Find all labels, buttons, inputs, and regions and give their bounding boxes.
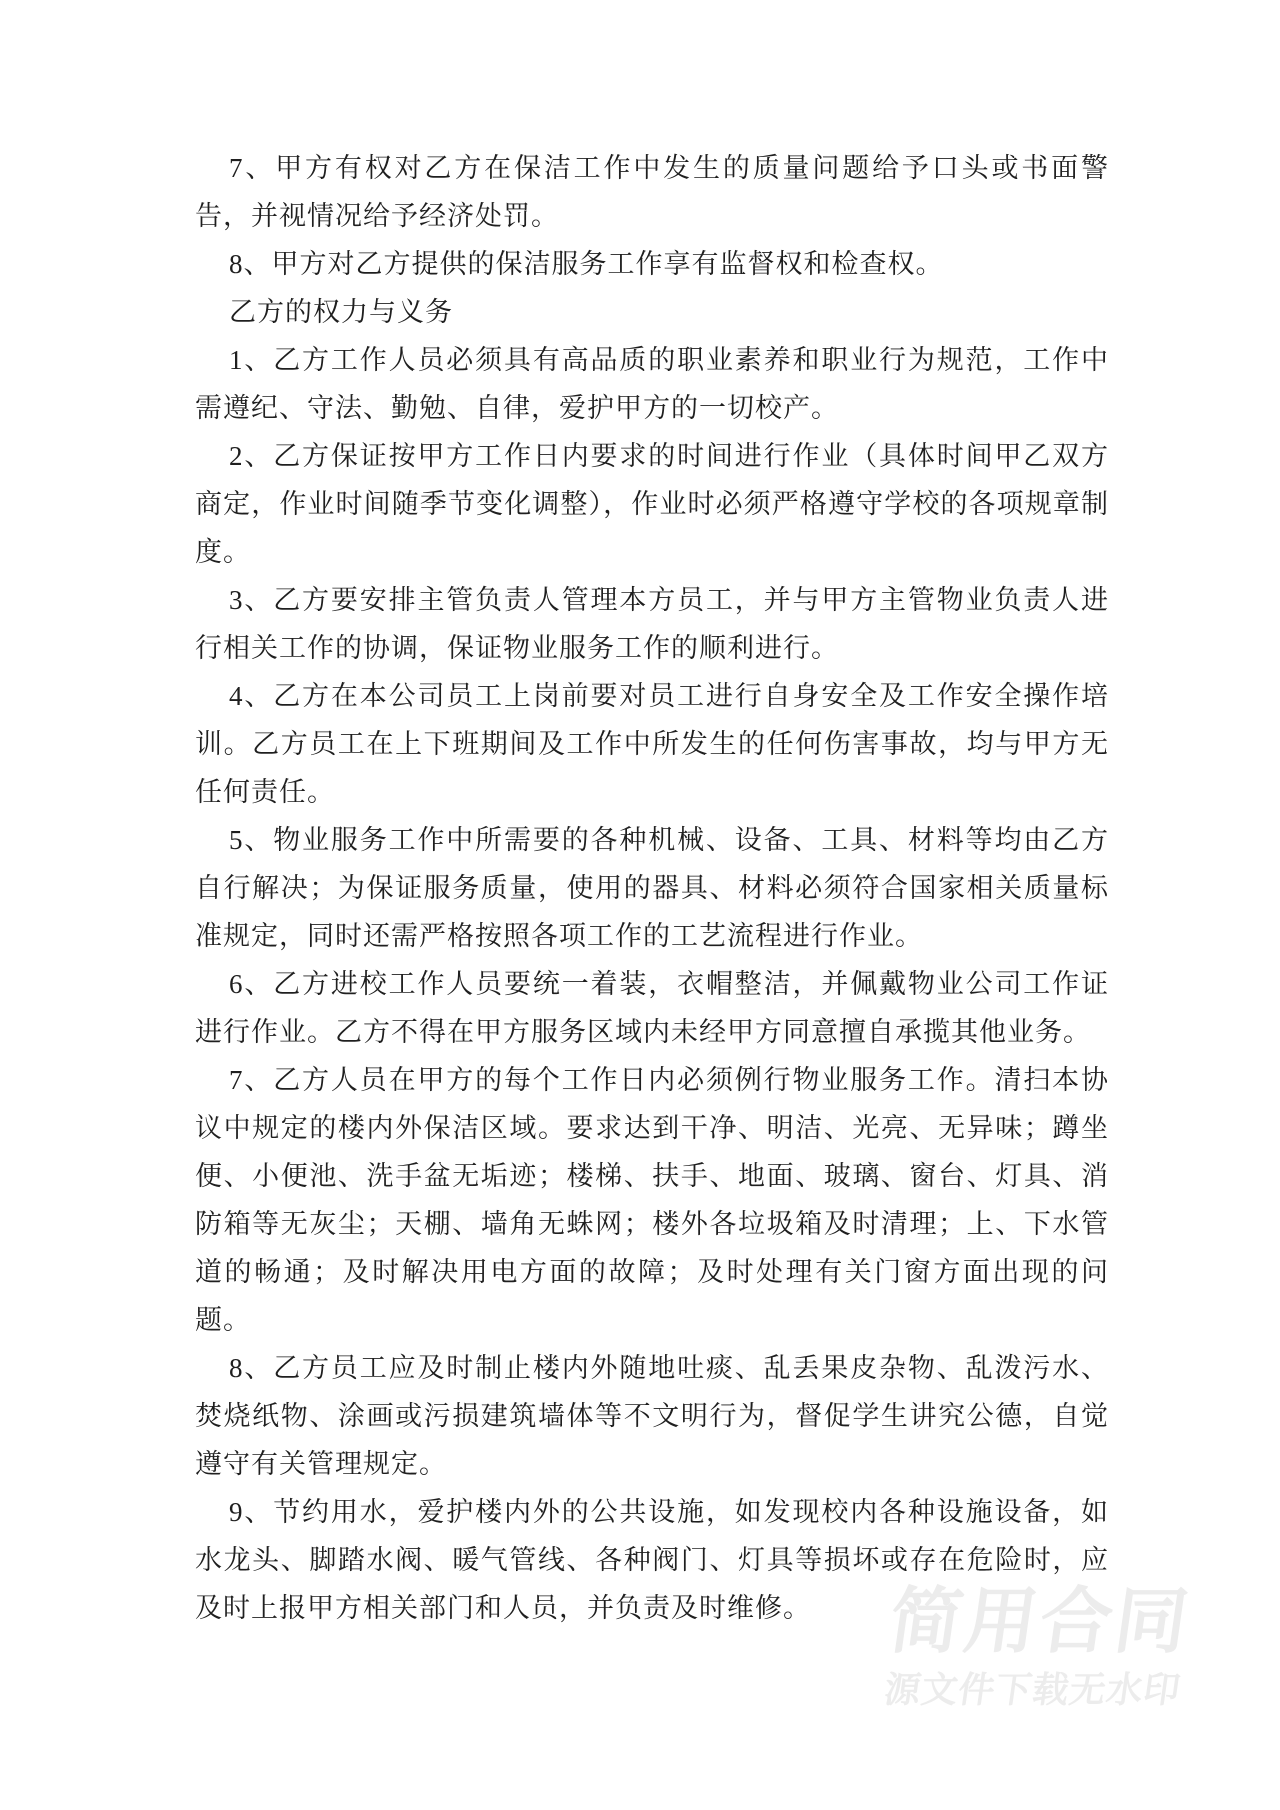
- paragraph: 4、乙方在本公司员工上岗前要对员工进行自身安全及工作安全操作培训。乙方员工在上下…: [195, 672, 1109, 816]
- paragraph: 7、甲方有权对乙方在保洁工作中发生的质量问题给予口头或书面警告，并视情况给予经济…: [195, 144, 1109, 240]
- document-page: 7、甲方有权对乙方在保洁工作中发生的质量问题给予口头或书面警告，并视情况给予经济…: [0, 0, 1280, 1810]
- paragraph: 1、乙方工作人员必须具有高品质的职业素养和职业行为规范，工作中需遵纪、守法、勤勉…: [195, 336, 1109, 432]
- watermark-title: 简用合同: [885, 1586, 1195, 1658]
- paragraph: 3、乙方要安排主管负责人管理本方员工，并与甲方主管物业负责人进行相关工作的协调，…: [195, 576, 1109, 672]
- paragraph: 6、乙方进校工作人员要统一着装，衣帽整洁，并佩戴物业公司工作证进行作业。乙方不得…: [195, 960, 1109, 1056]
- watermark: 简用合同 源文件下载无水印: [878, 1586, 1195, 1708]
- section-heading: 乙方的权力与义务: [195, 288, 1109, 336]
- paragraph: 8、甲方对乙方提供的保洁服务工作享有监督权和检查权。: [195, 240, 1109, 288]
- watermark-subtitle: 源文件下载无水印: [878, 1672, 1183, 1708]
- paragraph: 7、乙方人员在甲方的每个工作日内必须例行物业服务工作。清扫本协议中规定的楼内外保…: [195, 1056, 1109, 1344]
- paragraph: 5、物业服务工作中所需要的各种机械、设备、工具、材料等均由乙方自行解决；为保证服…: [195, 816, 1109, 960]
- paragraph: 8、乙方员工应及时制止楼内外随地吐痰、乱丢果皮杂物、乱泼污水、焚烧纸物、涂画或污…: [195, 1344, 1109, 1488]
- paragraph: 2、乙方保证按甲方工作日内要求的时间进行作业（具体时间甲乙双方商定，作业时间随季…: [195, 432, 1109, 576]
- contract-body: 7、甲方有权对乙方在保洁工作中发生的质量问题给予口头或书面警告，并视情况给予经济…: [195, 144, 1109, 1632]
